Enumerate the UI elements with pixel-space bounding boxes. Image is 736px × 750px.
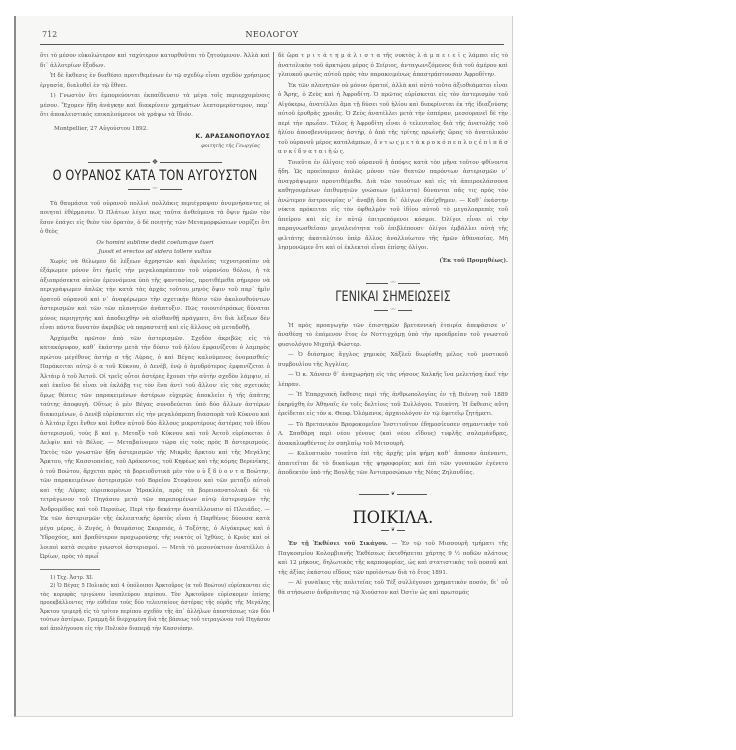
section-title-varia: ΠΟΙΚΙΛΑ. [255, 514, 531, 524]
ornament-rule: ❖ [40, 159, 270, 166]
footnotes: 1) Τεχ. Ἀστρ. ΧΙ. 2) Ὁ Βέγας 5 Πολικὸς κ… [40, 574, 270, 634]
note-item: Ἡ πρὸς προαγωγὴν τῶν ἐπιστημῶν βρεταννικ… [278, 322, 508, 351]
right-column: δὲ ὥρα τ ρ ι τ ά τ η μ ά λ ι σ τ α τῆς ν… [278, 52, 508, 599]
latin-verse-line: Os homini sublime dedit coelumque tueri [40, 239, 270, 249]
ornament-rule: 〰 [278, 307, 508, 314]
intro-paragraph: Ἡ δὲ ἔκθεσις ἐν διαθέσει προτιθεμένων ἐν… [40, 72, 270, 91]
article-continuation: Ἐκ τῶν πλανητῶν οὐ μόνον ὁρατοί, ἀλλὰ κα… [278, 82, 508, 158]
article-continuation: δὲ ὥρα τ ρ ι τ ά τ η μ ά λ ι σ τ α τῆς ν… [278, 52, 508, 81]
section-title-general-notes: ΓΕΝΙΚΑΙ ΣΗΜΕΙΩΣΕΙΣ [277, 293, 509, 303]
varia-item-text: — Αἱ γυναῖκες τῆς πολιτείας τοῦ Τέξ συλλ… [278, 580, 508, 596]
running-head: 712 ΝΕΟΛΟΓΟΥ [40, 30, 504, 45]
article-title: Ο ΟΥΡΑΝΟΣ ΚΑΤΑ ΤΟΝ ΑΥΓΟΥΣΤΟΝ [34, 172, 276, 182]
left-column: ὅτι τὸ μέσον εὐκολώτερον καὶ ταχύτερον κ… [40, 52, 270, 633]
footnote-rule [40, 569, 100, 570]
article-paragraph: Χωρὶς νὰ θέλωμεν δὲ λέξεων ἀχρηστῶν καὶ … [40, 258, 270, 334]
article-paragraph: Τὰ θαυμάσια τοῦ οὐρανοῦ πολλοὶ πολλάκις … [40, 200, 270, 238]
ornament-icon: ❖ [152, 159, 158, 166]
article-paragraph: Ἀρχόμεθα πρῶτον ἀπὸ τῶν ἀστερισμῶν. Σχεδ… [40, 335, 270, 563]
intro-paragraph: ὅτι τὸ μέσον εὐκολώτερον καὶ ταχύτερον κ… [40, 52, 270, 71]
ornament-rule: ❦ [278, 527, 508, 534]
article-source: (Ἐκ τοῦ Προμηθέως). [278, 257, 508, 267]
note-item: — Ὁ κ. Χάνσεν θ᾽ ἀναχωρήσῃ εἰς τὰς νήσου… [278, 371, 508, 390]
varia-item: — Αἱ γυναῖκες τῆς πολιτείας τοῦ Τέξ συλλ… [278, 579, 508, 598]
footnote: 2) Ὁ Βέγας 5 Πολικὸς καὶ 4 ὑπόλοιποι Ἀρκ… [40, 582, 270, 633]
scanned-page: 712 ΝΕΟΛΟΓΟΥ ὅτι τὸ μέσον εὐκολώτερον κα… [14, 16, 513, 717]
author-affiliation: φοιτητὴς τῆς Γεωργίας [40, 142, 260, 152]
footnote: 1) Τεχ. Ἀστρ. ΧΙ. [40, 574, 270, 583]
ornament-icon: 〰 [390, 280, 395, 287]
note-item: — Καλυπτικὸν τοιαῦτα ἐπὶ τῆς ἀρχῆς μία φ… [278, 450, 508, 479]
ornament-rule: 〰 [278, 280, 508, 287]
ornament-icon: 〰 [390, 307, 395, 314]
ornament-rule: ❦ [278, 491, 508, 498]
journal-name: ΝΕΟΛΟΓΟΥ [40, 30, 504, 39]
varia-item-lead: Ἐν τῇ Ἐκθέσει τοῦ Σικάγου. [288, 541, 388, 547]
note-item: — Τὸ Βρετανικὸν Βρεφοκομεῖον Ἰνστιτοῦτον… [278, 421, 508, 450]
varia-item: Ἐν τῇ Ἐκθέσει τοῦ Σικάγου. — Ἐν τῷ τοῦ Μ… [278, 540, 508, 578]
ornament-rule: 〰 [40, 186, 270, 193]
article-continuation: Τοιαῦτα ἐν ὀλίγοις τοῦ οὐρανοῦ ἡ ἀπόψις … [278, 159, 508, 254]
ornament-icon: ❦ [391, 527, 395, 534]
latin-verse-line: Jussit et erectos ad sidera tollere vult… [40, 248, 270, 258]
ornament-icon: ❦ [391, 491, 395, 498]
note-item: — Ὁ διάσημος ἄγγλος χημικὸς Χάξλεϋ διωρί… [278, 351, 508, 370]
note-item: — Ἡ Ἐπαρχιακὴ ἔκθεσις περὶ τῆς ἀνθρωπολο… [278, 391, 508, 420]
column-divider [273, 52, 274, 612]
intro-paragraph: 1) Γνωστὸν ὅτι ἐμπορεύονται ἐκπαίδευσιν … [40, 92, 270, 121]
ornament-icon: 〰 [152, 186, 157, 193]
